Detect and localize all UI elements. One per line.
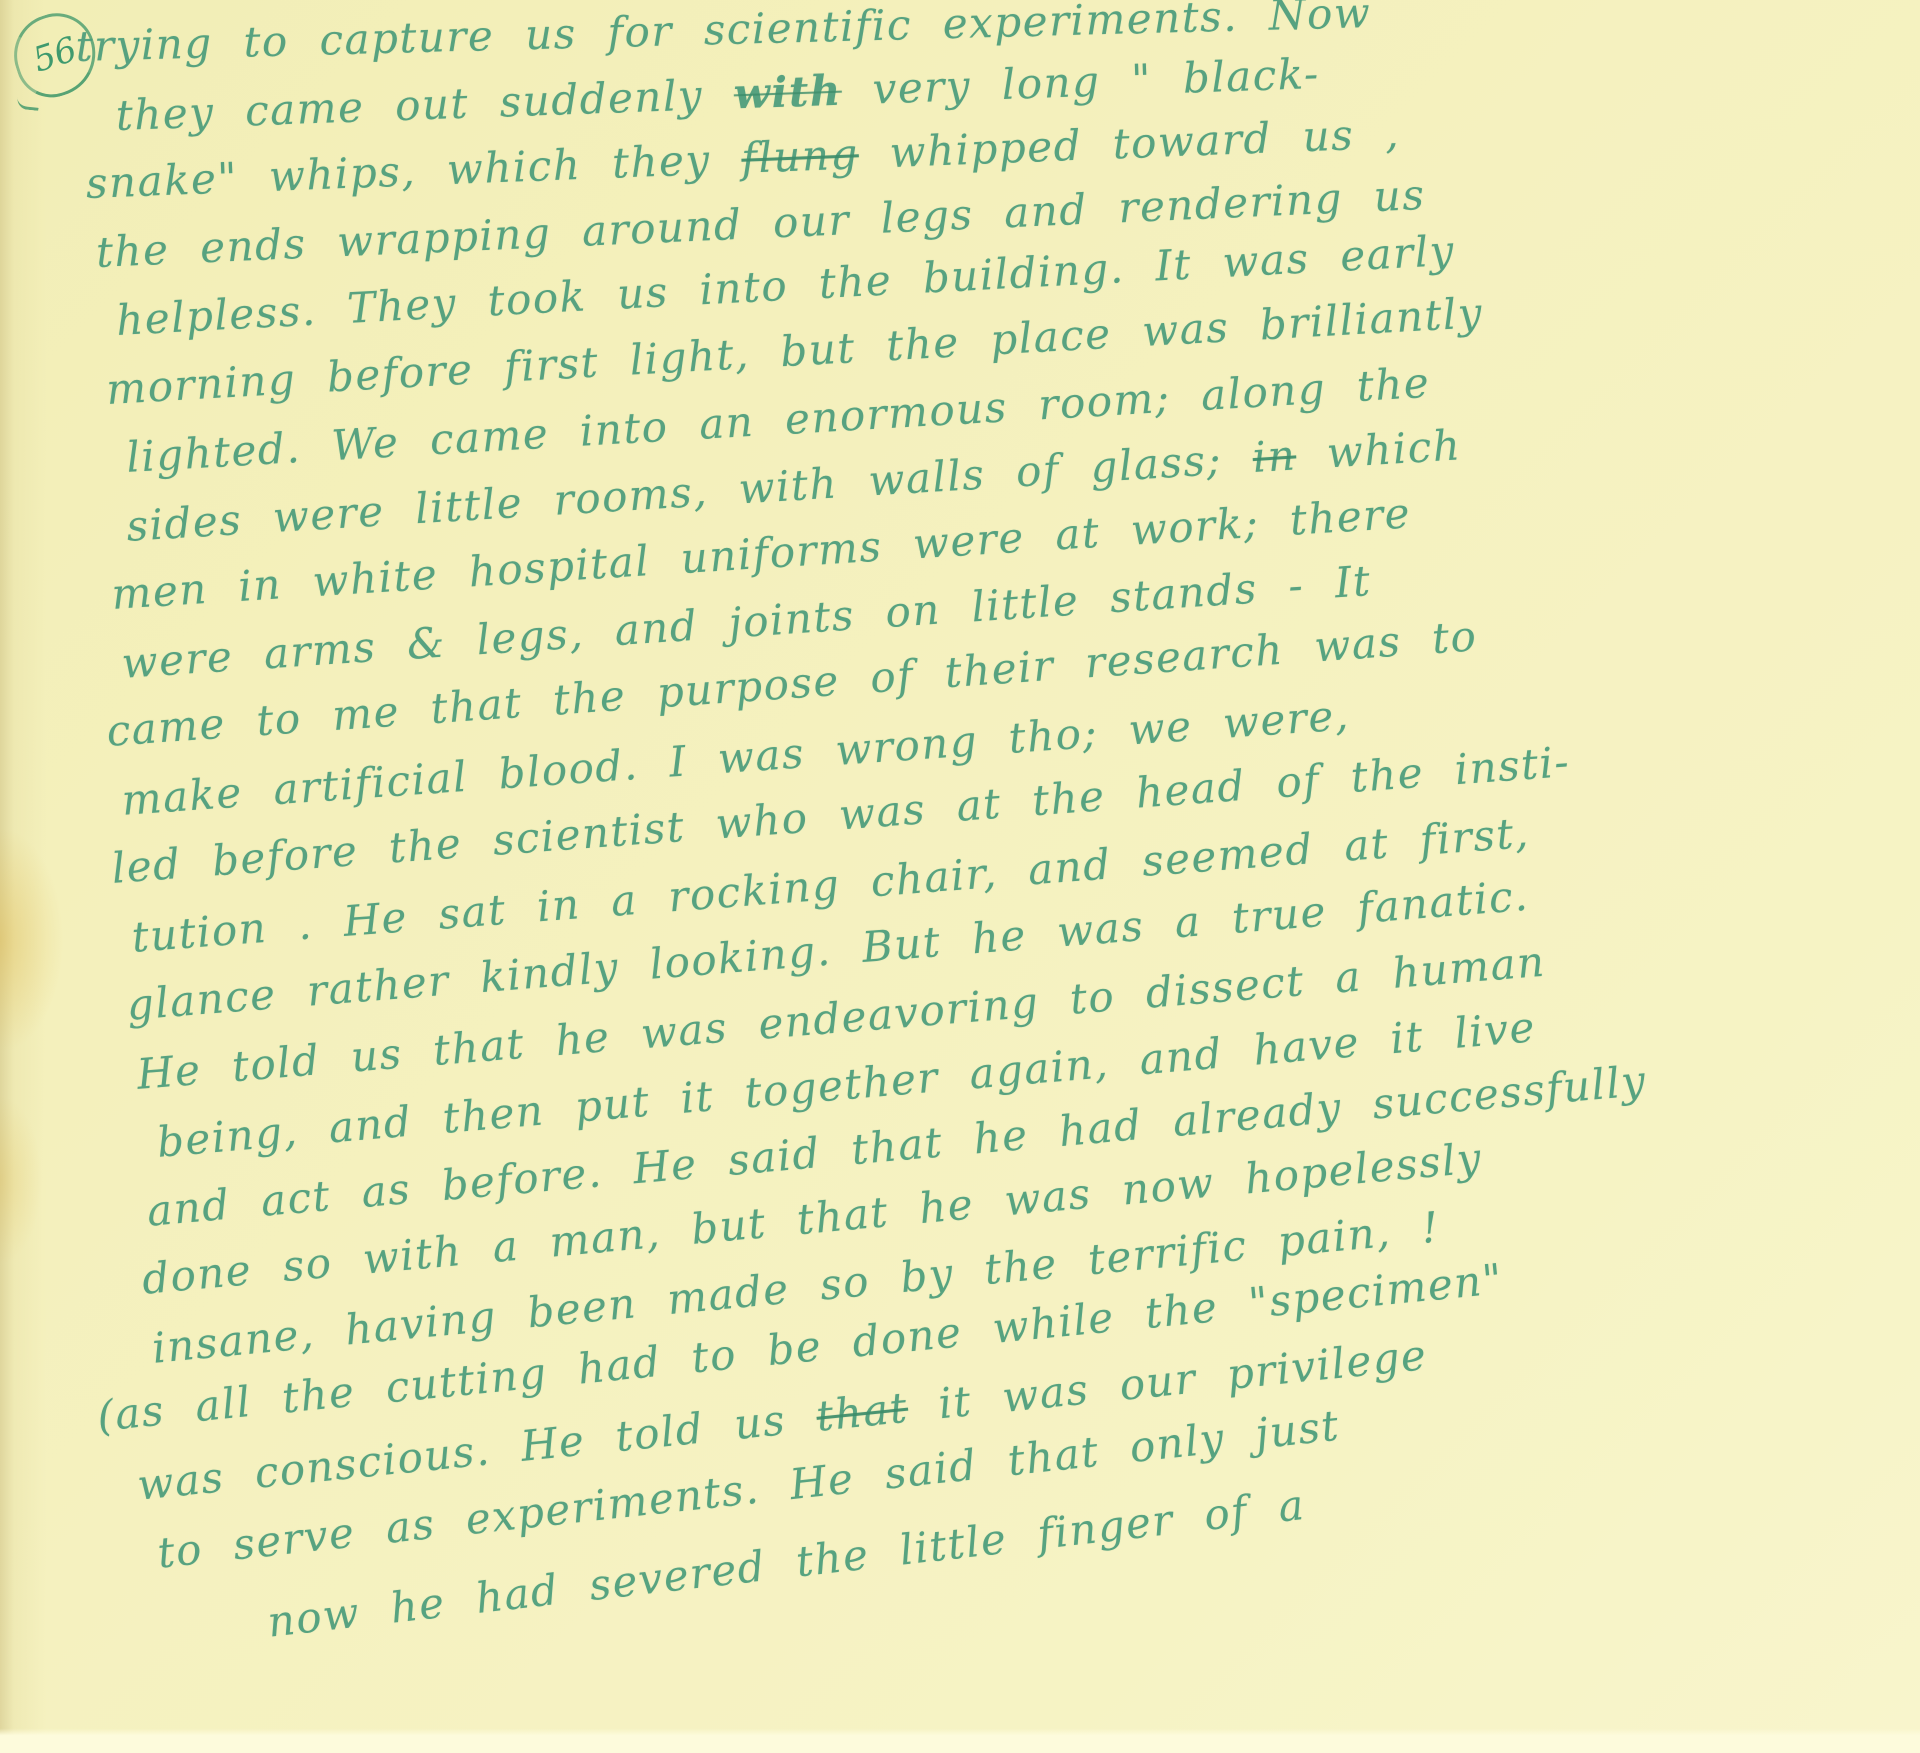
struck-word: in (1251, 430, 1297, 482)
text-segment: very long " black- (841, 48, 1320, 114)
struck-word: flung (740, 129, 859, 182)
text-segment: they came out suddenly (115, 69, 735, 140)
struck-word: that (814, 1382, 910, 1440)
text-segment: whipped toward us , (858, 109, 1401, 179)
journal-page: { "page": { "number": "56", "ink_color":… (0, 0, 1920, 1753)
text-segment: snake" whips, which they (85, 134, 742, 208)
text-segment: which (1295, 420, 1463, 479)
overwritten-word: with (733, 65, 843, 118)
handwriting-area: trying to capture us for scientific expe… (0, 0, 1920, 1753)
